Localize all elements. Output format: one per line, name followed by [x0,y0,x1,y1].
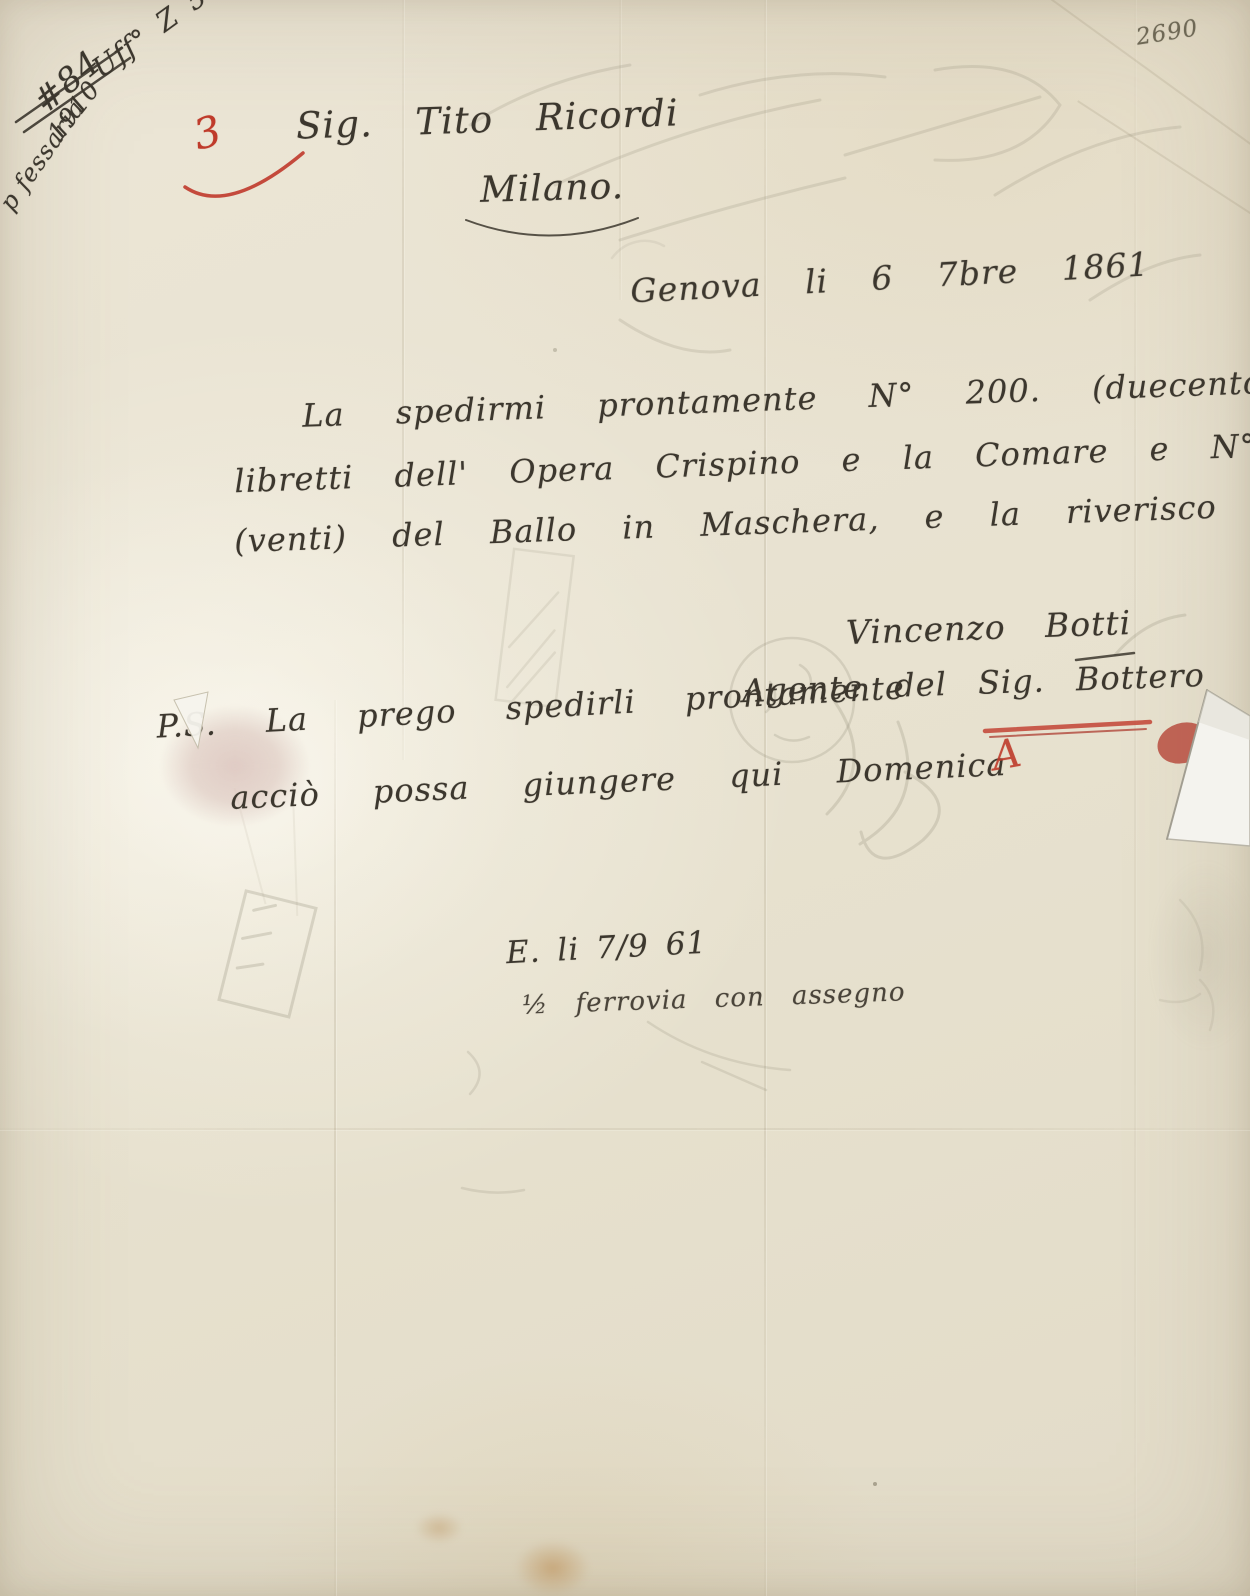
dateline: Genova li 6 7bre 1861 [629,244,1150,310]
fold-line-vertical-bottom [334,700,336,1596]
body-line-2: libretti dell' Opera Crispino e la Comar… [234,424,1250,501]
torn-corner [1167,690,1250,846]
shipping-note: ½ ferrovia con assegno [522,977,906,1020]
speck-1 [873,1482,877,1486]
stain-bottom-center [515,1540,590,1596]
speck-2 [553,348,557,352]
stamp-ghost-rect [219,891,316,1017]
milano-underline-flourish [466,218,638,236]
fold-line-vertical-short [619,0,621,300]
signature-name: Vincenzo Botti [845,603,1131,652]
fold-line-horizontal [0,1128,1250,1130]
letter-scan: Sig. Tito Ricordi Milano. Genova li 6 7b… [0,0,1250,1596]
folio-number: 2690 [1134,15,1200,50]
body-line-1: La spedirmi prontamente N° 200. (duecent… [302,363,1250,435]
red-index-number: 3 [188,105,227,159]
address-recipient: Sig. Tito Ricordi [295,91,679,147]
archival-office-note: Uff° Z 56. [86,0,237,85]
stamp-ghost-tall [495,549,573,709]
address-city: Milano. [479,166,624,211]
stain-right-middle [1150,860,1250,1050]
red-seal-fragment [1152,716,1214,770]
red-index-arc [185,153,303,196]
wrinkle-top-right-2 [1077,100,1250,221]
docket-date: E. li 7/9 61 [505,925,708,971]
fold-line-vertical-center [764,0,766,1596]
stain-bottom-left [415,1512,463,1544]
body-line-3: (venti) del Ballo in Maschera, e la rive… [234,488,1218,560]
fold-line-vertical-right [1134,0,1136,1596]
